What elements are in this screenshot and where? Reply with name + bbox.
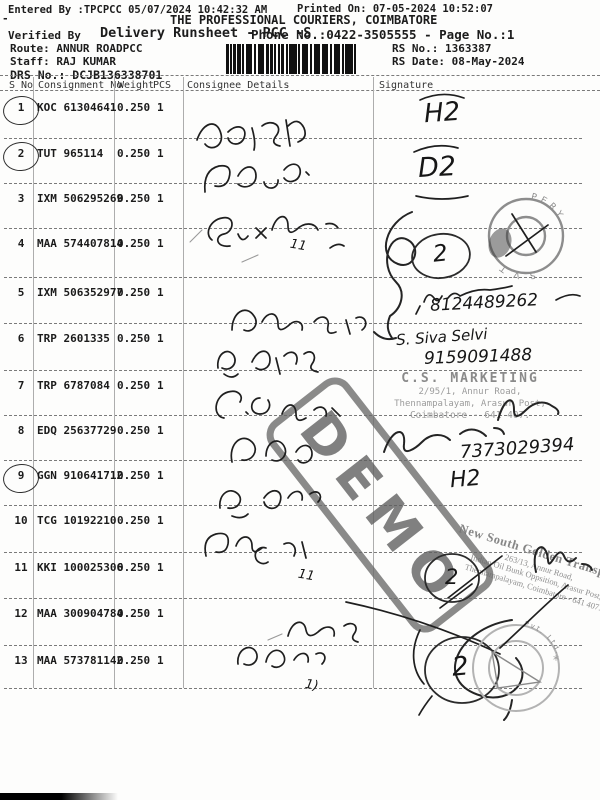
consignee-note-row7	[216, 391, 340, 420]
signature-scribble-rows3-5	[374, 212, 415, 339]
consignee-note-row13	[238, 648, 325, 668]
handwritten-sig-row6-phone: 9159091488	[424, 345, 533, 369]
handwritten-sig-row11-count: 2	[445, 565, 458, 589]
handwritten-consignee-row4-ditto: 11	[289, 237, 308, 255]
consignee-note-row10	[205, 533, 306, 563]
svg-text:Pvt. Ltd.: Pvt. Ltd.	[524, 620, 563, 657]
consignee-note-row1	[197, 120, 305, 150]
handwritten-sig-row2-d2: D2	[417, 151, 457, 184]
handwritten-consignee-row11-ditto: 11	[297, 567, 316, 585]
signature-scribble-rows12-13	[346, 602, 523, 720]
svg-text:S.V.T: S.V.T	[496, 261, 536, 280]
handwritten-sig-row9-h2: H2	[449, 466, 482, 494]
svg-text:*: *	[553, 653, 559, 667]
consignee-note-row5	[232, 310, 366, 334]
handwriting-overlay: PERY S.V.T Pvt. Ltd. *	[0, 0, 600, 800]
consignee-note-row6	[218, 351, 318, 377]
handwritten-sig-row4-count: 2	[432, 240, 449, 267]
consignee-note-row3	[190, 217, 338, 247]
handwritten-sig-row1-h2: H2	[423, 97, 461, 129]
consignee-note-row8	[231, 438, 312, 463]
handwritten-sig-row13-count: 2	[451, 651, 470, 682]
scan-artifact-bar	[0, 793, 118, 800]
handwritten-consignee-row13-ditto: 1)	[304, 677, 320, 694]
svt-round-stamp: PERY S.V.T	[485, 192, 567, 280]
consignee-note-row9	[220, 491, 321, 518]
consignee-note-row2	[205, 164, 309, 192]
signature-scribble-row7	[498, 400, 558, 420]
consignee-note-row12	[268, 622, 358, 642]
scanned-delivery-runsheet: - Entered By :TPCPCC 05/07/2024 10:42:32…	[0, 0, 600, 800]
